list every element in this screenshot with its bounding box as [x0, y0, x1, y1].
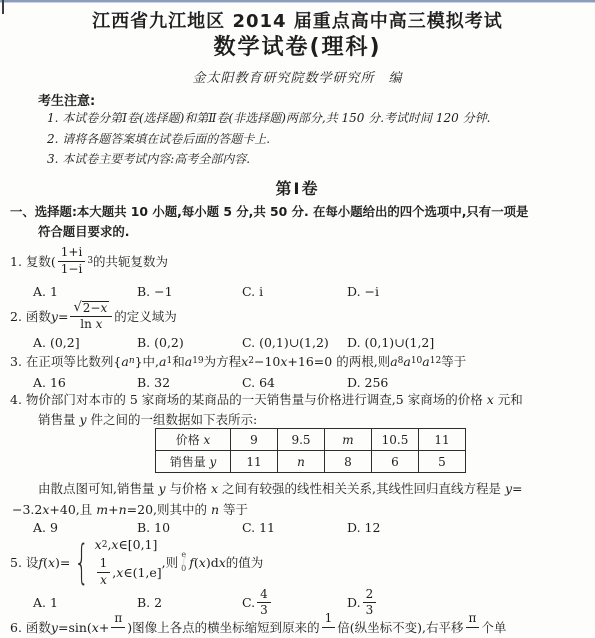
option-a: A. (0,2] [33, 333, 137, 351]
section-instructions-line1: 一、选择题:本大题共 10 小题,每小题 5 分,共 50 分. 在每小题给出的… [10, 202, 528, 220]
question-4-text-line2: −3.2x+40,且 m+n=20,则其中的 n 等于 [12, 500, 248, 518]
table-cell: n [278, 451, 325, 473]
question-4-stem-line1: 4. 物价部门对本市的 5 家商场的某商品的一天销售量与价格进行调查,5 家商场… [10, 390, 523, 408]
table-row-price: 价格 x 9 9.5 m 10.5 11 [156, 429, 466, 451]
price-sales-table: 价格 x 9 9.5 m 10.5 11 销售量 y 11 n 8 6 5 [155, 428, 466, 473]
question-3-options: A. 16 B. 32 C. 64 D. 256 [33, 373, 581, 391]
question-2-options: A. (0,2] B. (0,2) C. (0,1)∪(1,2) D. (0,1… [33, 333, 581, 351]
option-d: D. −i [347, 282, 581, 300]
table-cell: 11 [231, 451, 278, 473]
table-cell: 价格 x [156, 429, 231, 451]
table-cell: 10.5 [372, 429, 419, 451]
option-d: D. 256 [347, 373, 581, 391]
table-cell: 5 [419, 451, 466, 473]
question-6-stem-clipped: 6. 函数 y=sin(x+π)图像上各点的横坐标缩短到原来的1倍(纵坐标不变)… [10, 610, 506, 638]
notice-heading: 考生注意: [38, 90, 95, 109]
option-b: B. 10 [137, 518, 242, 536]
option-b: B. (0,2) [137, 333, 242, 351]
scan-artifact-top-shadow [0, 2, 595, 3]
notice-item-1: 1. 本试卷分第Ⅰ卷(选择题)和第Ⅱ卷(非选择题)两部分,共 150 分.考试时… [47, 109, 490, 126]
question-2-stem: 2. 函数 y=√2−xln x的定义域为 [10, 298, 177, 334]
option-d: D. 12 [347, 518, 581, 536]
byline: 金太阳教育研究院数学研究所 编 [0, 67, 595, 86]
option-b: B. 32 [137, 373, 242, 391]
table-cell: 9 [231, 429, 278, 451]
table-cell: 6 [372, 451, 419, 473]
question-4-stem-line2: 销售量 y 件之间的一组数据如下表所示: [38, 410, 257, 428]
table-cell: 销售量 y [156, 451, 231, 473]
option-c: C. 11 [242, 518, 347, 536]
question-5-stem: 5. 设 f(x)={x2,x∈[0,1]1x,x∈(1,e],则 e∫0 f(… [10, 536, 263, 588]
exam-page: { "colors": { "ink": "#1e1e1e", "scan_ar… [0, 0, 595, 638]
option-c: C. (0,1)∪(1,2) [242, 333, 347, 351]
table-cell: m [325, 429, 372, 451]
option-c: C. 64 [242, 373, 347, 391]
section-title: 第Ⅰ卷 [0, 176, 595, 199]
question-3-stem: 3. 在正项等比数列{an}中,a1 和 a19 为方程 x2−10x+16=0… [10, 352, 466, 370]
option-a: A. 16 [33, 373, 137, 391]
option-c: C. i [242, 282, 347, 300]
table-cell: 9.5 [278, 429, 325, 451]
option-d: D. (0,1)∪(1,2] [347, 333, 581, 351]
table-cell: 8 [325, 451, 372, 473]
notice-item-2: 2. 请将各题答案填在试卷后面的答题卡上. [47, 130, 270, 147]
question-1-stem: 1. 复数(1+i1−i3 的共轭复数为 [10, 244, 168, 278]
option-a: A. 9 [33, 518, 137, 536]
notice-item-3: 3. 本试卷主要考试内容:高考全部内容. [47, 150, 250, 167]
question-4-options: A. 9 B. 10 C. 11 D. 12 [33, 518, 581, 536]
paper-subtitle: 数学试卷(理科) [0, 30, 595, 61]
question-4-text-line1: 由散点图可知,销售量 y 与价格 x 之间有较强的线性相关关系,其线性回归直线方… [38, 479, 523, 497]
table-cell: 11 [419, 429, 466, 451]
table-row-sales: 销售量 y 11 n 8 6 5 [156, 451, 466, 473]
section-instructions-line2: 符合题目要求的. [38, 222, 129, 240]
